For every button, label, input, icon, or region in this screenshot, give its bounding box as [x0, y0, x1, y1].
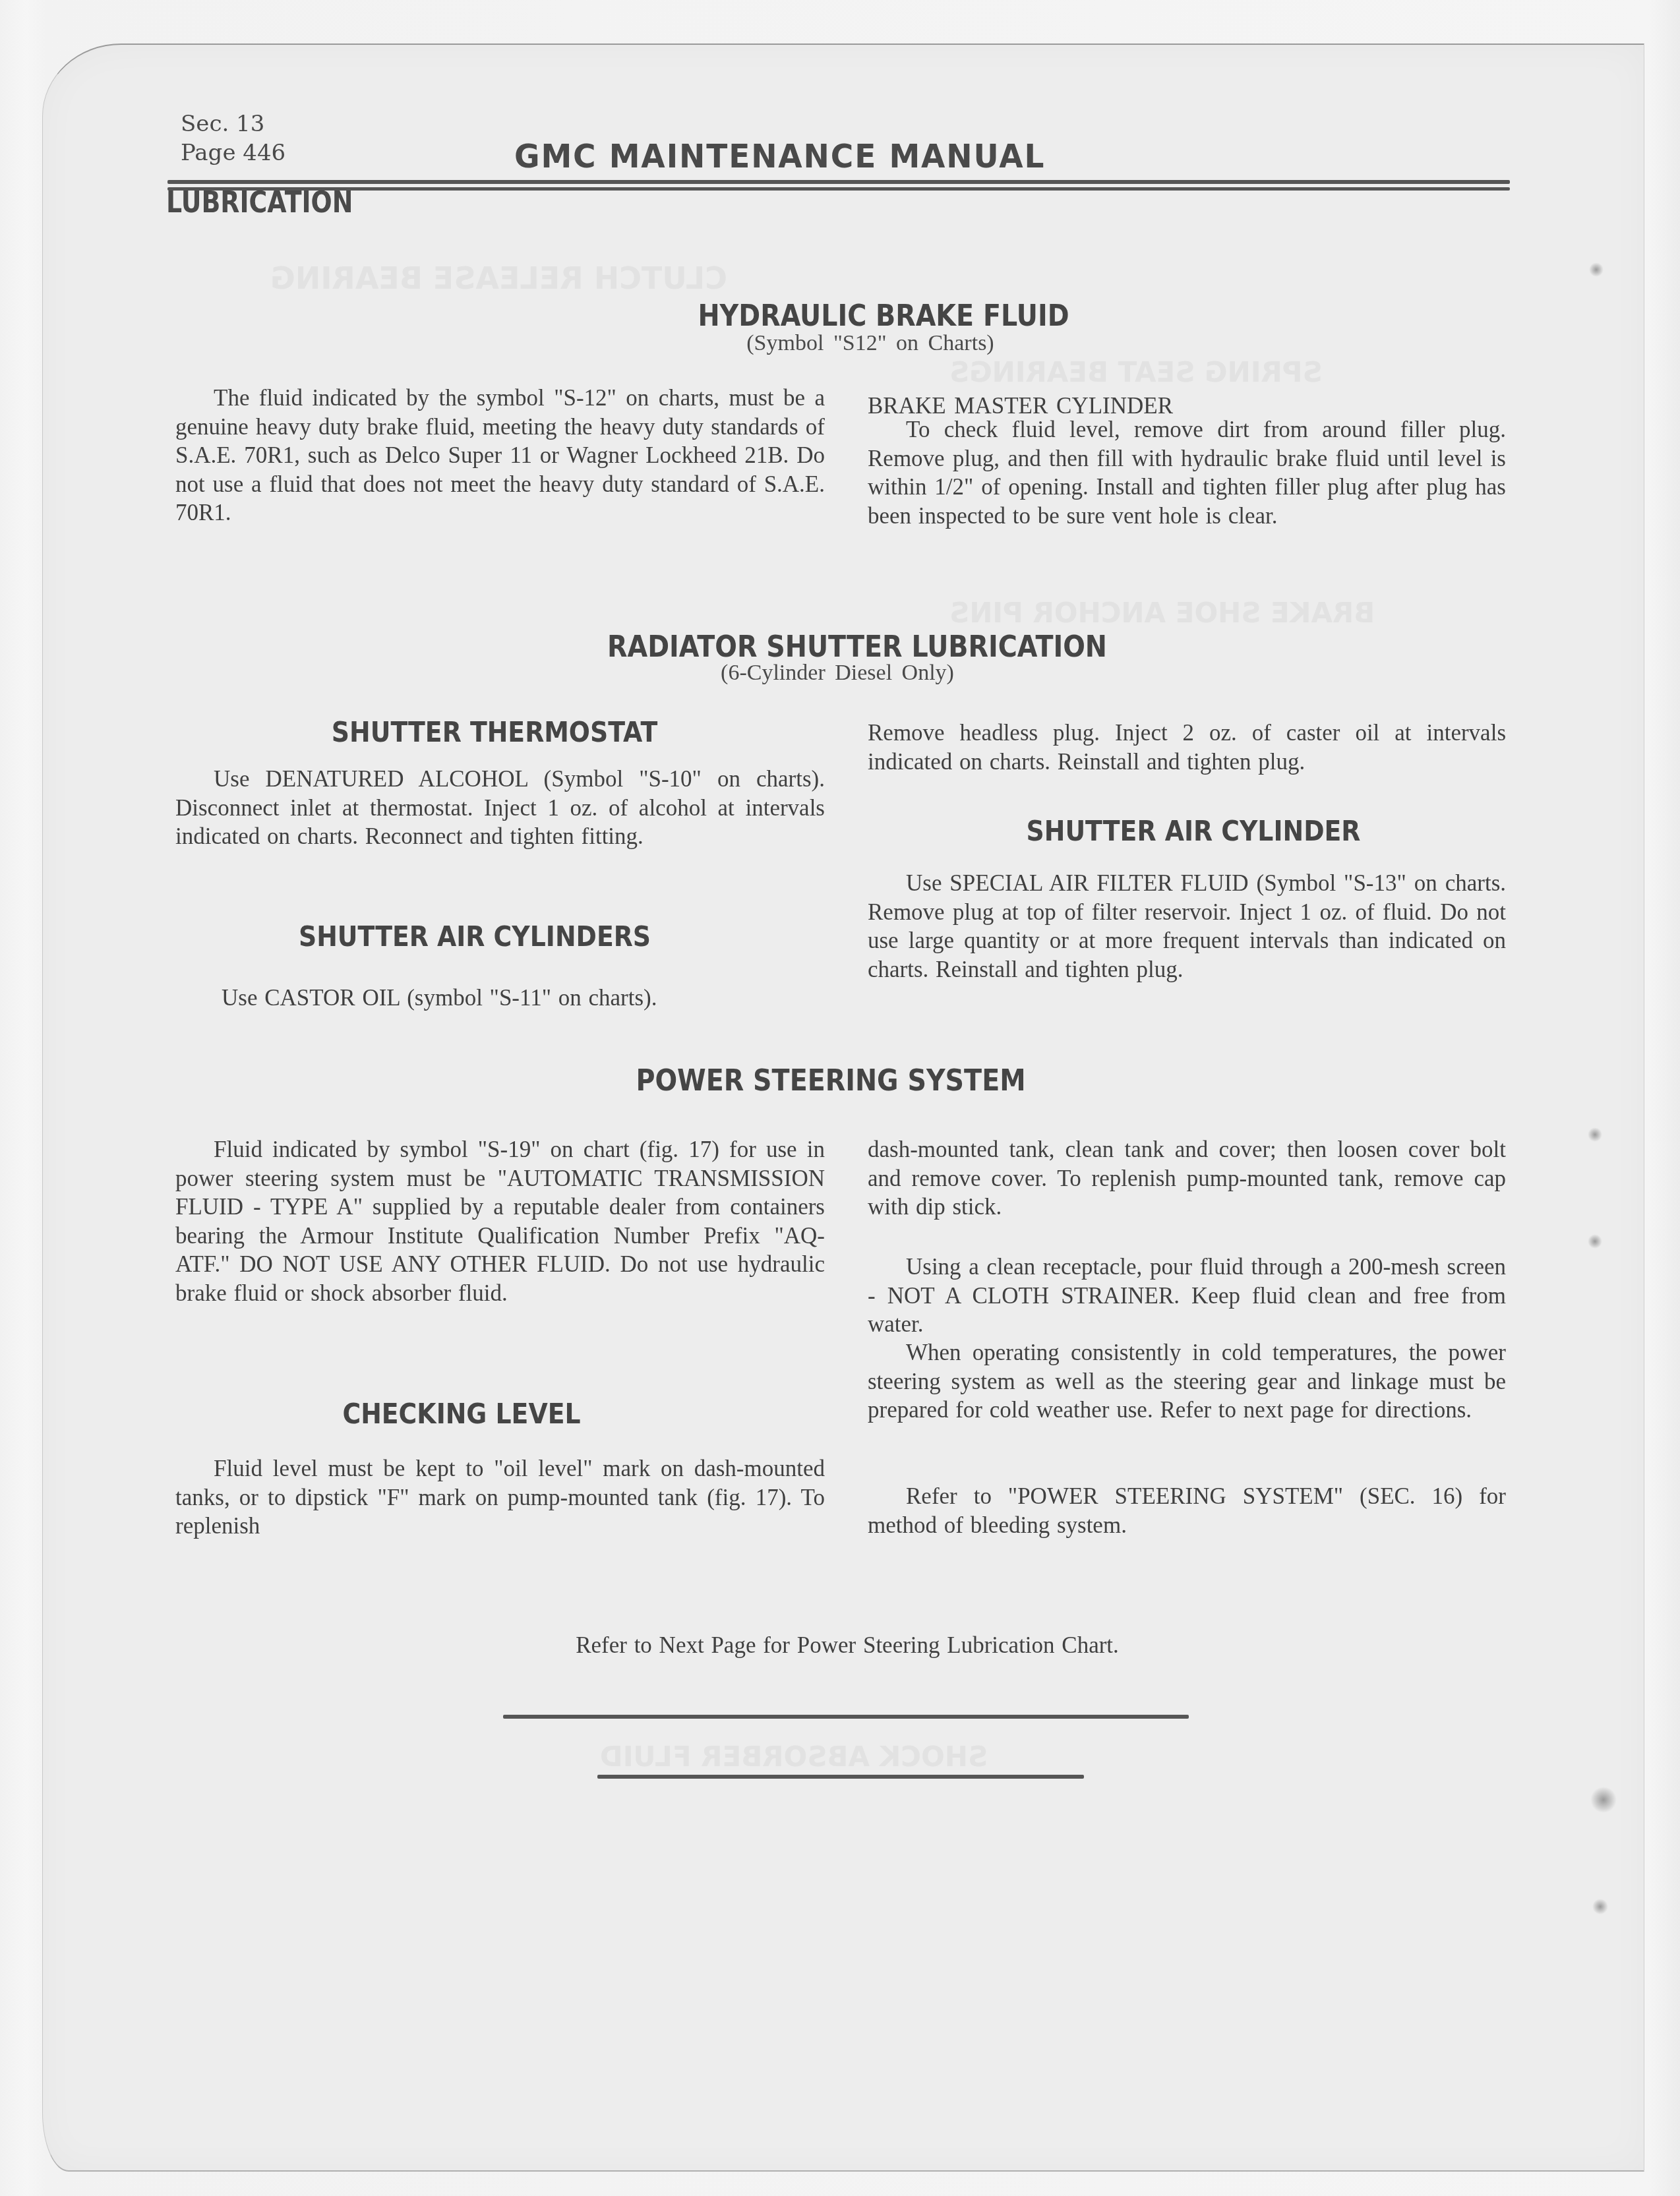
header-rule-bottom — [167, 187, 1510, 191]
page-number: Page 446 — [181, 140, 285, 166]
manual-page — [42, 44, 1644, 2172]
section-label: LUBRICATION — [166, 186, 353, 220]
shutter-air-cylinders-heading: SHUTTER AIR CYLINDERS — [285, 920, 665, 953]
section-number: Sec. 13 — [181, 111, 264, 137]
section-heading: HYDRAULIC BRAKE FLUID — [622, 299, 1145, 333]
brake-fluid-description: The fluid indicated by the symbol "S-12"… — [175, 384, 825, 527]
fluid-pouring-instructions: Using a clean receptacle, pour fluid thr… — [868, 1253, 1506, 1339]
checking-level-instructions: Fluid level must be kept to "oil level" … — [175, 1454, 825, 1541]
footer-divider-long — [503, 1715, 1189, 1719]
shutter-plug-instructions: Remove headless plug. Inject 2 oz. of ca… — [868, 719, 1506, 776]
header-rule-top — [167, 180, 1510, 184]
section-heading: RADIATOR SHUTTER LUBRICATION — [560, 630, 1154, 664]
punch-hole — [1590, 1787, 1617, 1813]
replenish-instructions: dash-mounted tank, clean tank and cover;… — [868, 1135, 1506, 1222]
shutter-thermostat-instructions: Use DENATURED ALCOHOL (Symbol "S-10" on … — [175, 765, 825, 851]
shutter-air-cylinder-heading: SHUTTER AIR CYLINDER — [974, 815, 1413, 847]
lubrication-chart-reference: Refer to Next Page for Power Steering Lu… — [369, 1631, 1325, 1660]
brake-master-cylinder-instructions: To check fluid level, remove dirt from a… — [868, 415, 1506, 530]
cold-weather-instructions: When operating consistently in cold temp… — [868, 1338, 1506, 1425]
section-subheading: (6-Cylinder Diesel Only) — [633, 661, 1042, 686]
footer-divider-short — [597, 1775, 1084, 1779]
punch-hole — [1588, 1234, 1602, 1249]
punch-hole — [1589, 262, 1604, 277]
shutter-air-cylinder-instructions: Use SPECIAL AIR FILTER FLUID (Symbol "S-… — [868, 869, 1506, 984]
punch-hole — [1592, 1899, 1608, 1914]
manual-title: GMC MAINTENANCE MANUAL — [514, 137, 1045, 175]
punch-hole — [1588, 1127, 1602, 1142]
power-steering-fluid-description: Fluid indicated by symbol "S-19" on char… — [175, 1135, 825, 1307]
shutter-thermostat-heading: SHUTTER THERMOSTAT — [305, 716, 684, 748]
section-subheading: (Symbol "S12" on Charts) — [686, 331, 1055, 356]
section-heading: POWER STEERING SYSTEM — [617, 1064, 1044, 1098]
bleeding-reference: Refer to "POWER STEERING SYSTEM" (SEC. 1… — [868, 1482, 1506, 1539]
checking-level-heading: CHECKING LEVEL — [307, 1398, 616, 1430]
shutter-air-cylinders-instructions: Use CASTOR OIL (symbol "S-11" on charts)… — [222, 984, 835, 1013]
